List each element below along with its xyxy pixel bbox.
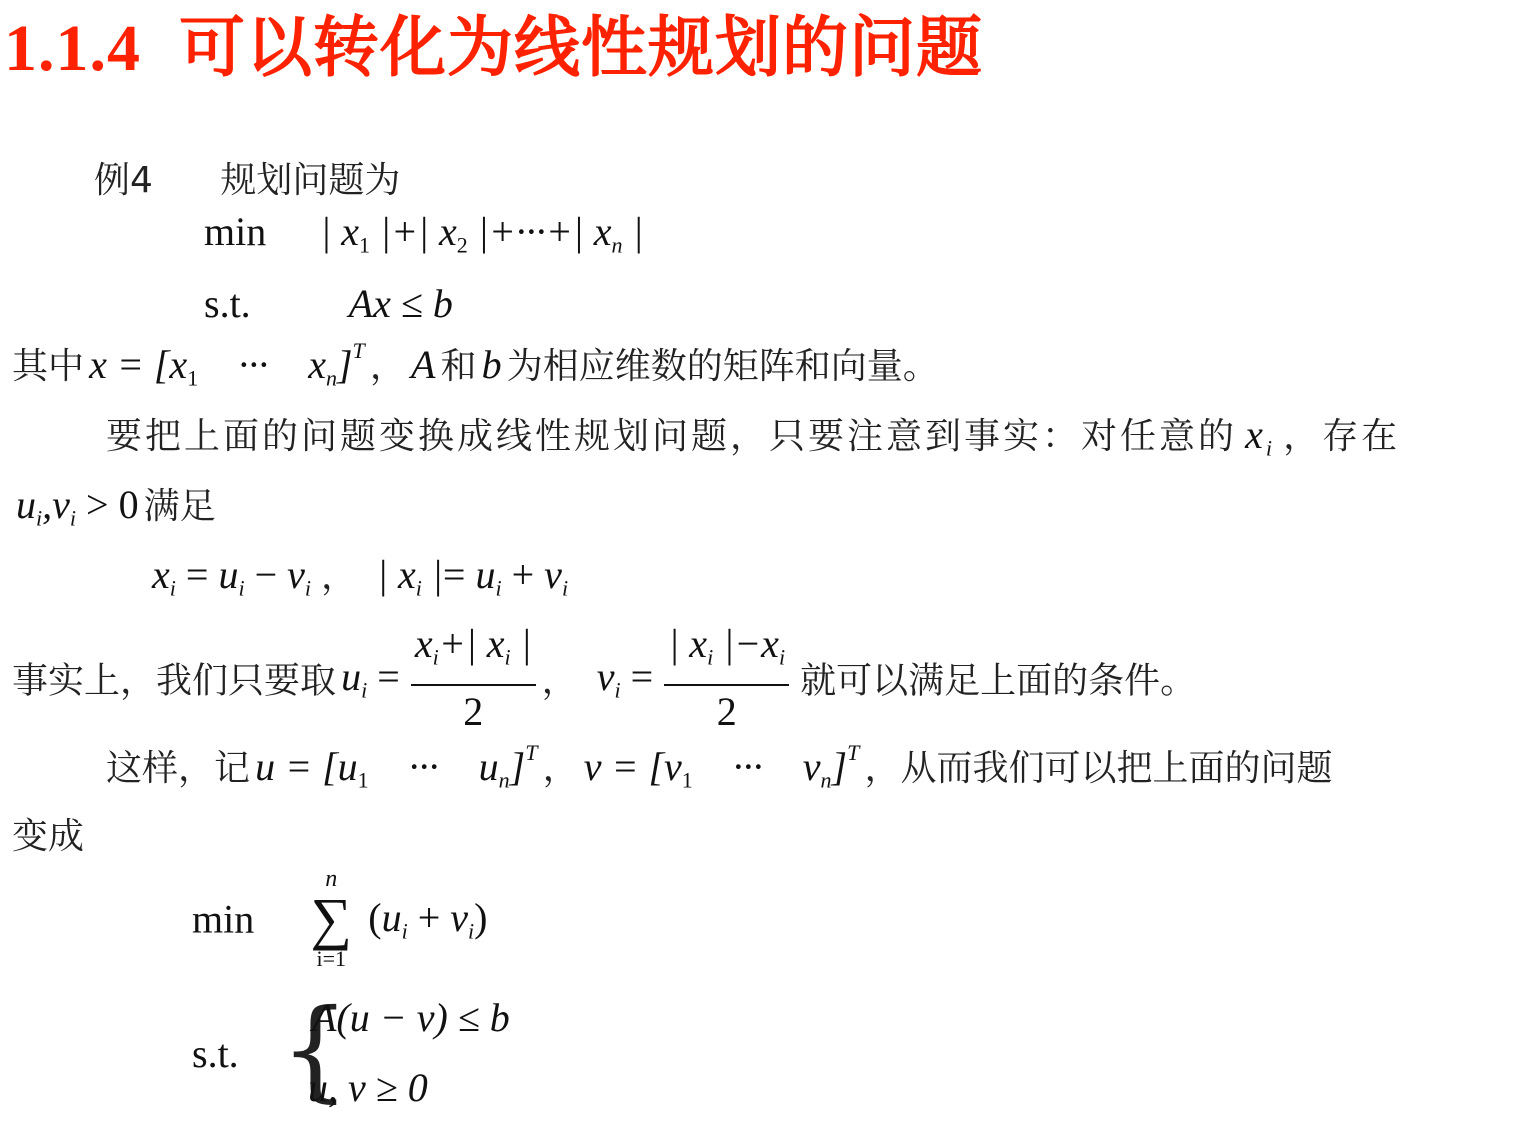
v-choice: vi = bbox=[597, 654, 653, 699]
v-fraction: | xi |−xi2 bbox=[664, 618, 789, 738]
u-vector: u = [u1 ··· un]T bbox=[255, 744, 537, 789]
where-prefix: 其中 bbox=[12, 346, 84, 387]
problem2-objective: min n ∑ i=1 (ui + vi) bbox=[192, 866, 487, 972]
section-title: 1.1.4可以转化为线性规划的问题 bbox=[4, 0, 983, 89]
vector-b: b bbox=[482, 342, 502, 387]
example-intro: 规划问题为 bbox=[220, 160, 400, 201]
exist-line: ui,vi > 0 满足 bbox=[16, 478, 216, 532]
identity-line: xi = ui − vi ， | xi |= ui + vi bbox=[152, 548, 568, 602]
transform-text: 要把上面的问题变换成线性规划问题，只要注意到事实：对任意的 bbox=[106, 416, 1237, 457]
u-fraction: xi+| xi |2 bbox=[411, 618, 536, 738]
problem1-objective: min | x1 |+| x2 |+···+| xn | bbox=[204, 208, 643, 259]
st-keyword: s.t. bbox=[204, 281, 251, 326]
and-word: 和 bbox=[441, 346, 477, 387]
constraint-1: A(u − v) ≤ b bbox=[312, 994, 510, 1041]
summation: n ∑ i=1 bbox=[304, 866, 358, 972]
u-choice: ui = bbox=[341, 654, 400, 699]
exist-suffix: 满足 bbox=[144, 486, 216, 527]
constraint-2: u, v ≥ 0 bbox=[308, 1064, 428, 1111]
x-vector-definition: x = [x1 ··· xn]T bbox=[89, 342, 365, 387]
v-vector: v = [v1 ··· vn]T bbox=[584, 744, 860, 789]
transform-tail: ，存在 bbox=[1283, 416, 1400, 457]
section-number: 1.1.4 bbox=[4, 12, 141, 85]
transform-var: xi bbox=[1245, 412, 1275, 457]
sum-expression: (ui + vi) bbox=[368, 895, 487, 940]
where-suffix: 为相应维数的矩阵和向量。 bbox=[507, 346, 939, 387]
min-keyword-2: min bbox=[192, 897, 254, 942]
st-keyword-2: s.t. bbox=[192, 1030, 239, 1077]
example-label: 例4 规划问题为 bbox=[94, 152, 400, 203]
problem1-constraint: s.t. Ax ≤ b bbox=[204, 280, 453, 327]
become-word: 变成 bbox=[12, 808, 84, 859]
objective-expression: | x1 |+| x2 |+···+| xn | bbox=[320, 209, 643, 254]
define-prefix: 这样，记 bbox=[106, 748, 250, 789]
matrix-A: A bbox=[411, 342, 435, 387]
define-line: 这样，记 u = [u1 ··· un]T ， v = [v1 ··· vn]T… bbox=[106, 740, 1332, 794]
transform-line: 要把上面的问题变换成线性规划问题，只要注意到事实：对任意的 xi ，存在 bbox=[106, 408, 1400, 462]
choose-prefix: 事实上，我们只要取 bbox=[12, 660, 336, 701]
section-title-text: 可以转化为线性规划的问题 bbox=[179, 12, 983, 85]
constraint-expression: Ax ≤ b bbox=[349, 281, 453, 326]
comma: ， bbox=[370, 346, 406, 387]
where-line: 其中 x = [x1 ··· xn]T ， A 和 b 为相应维数的矩阵和向量。 bbox=[12, 338, 939, 392]
define-suffix: ，从而我们可以把上面的问题 bbox=[864, 748, 1332, 789]
example-number: 例4 bbox=[94, 160, 153, 201]
sigma-icon: ∑ bbox=[304, 892, 358, 946]
min-keyword: min bbox=[204, 209, 266, 254]
choose-suffix: 就可以满足上面的条件。 bbox=[800, 660, 1196, 701]
choose-line: 事实上，我们只要取 ui = xi+| xi |2， vi = | xi |−x… bbox=[12, 618, 1196, 738]
exist-vars: ui,vi > 0 bbox=[16, 482, 139, 527]
